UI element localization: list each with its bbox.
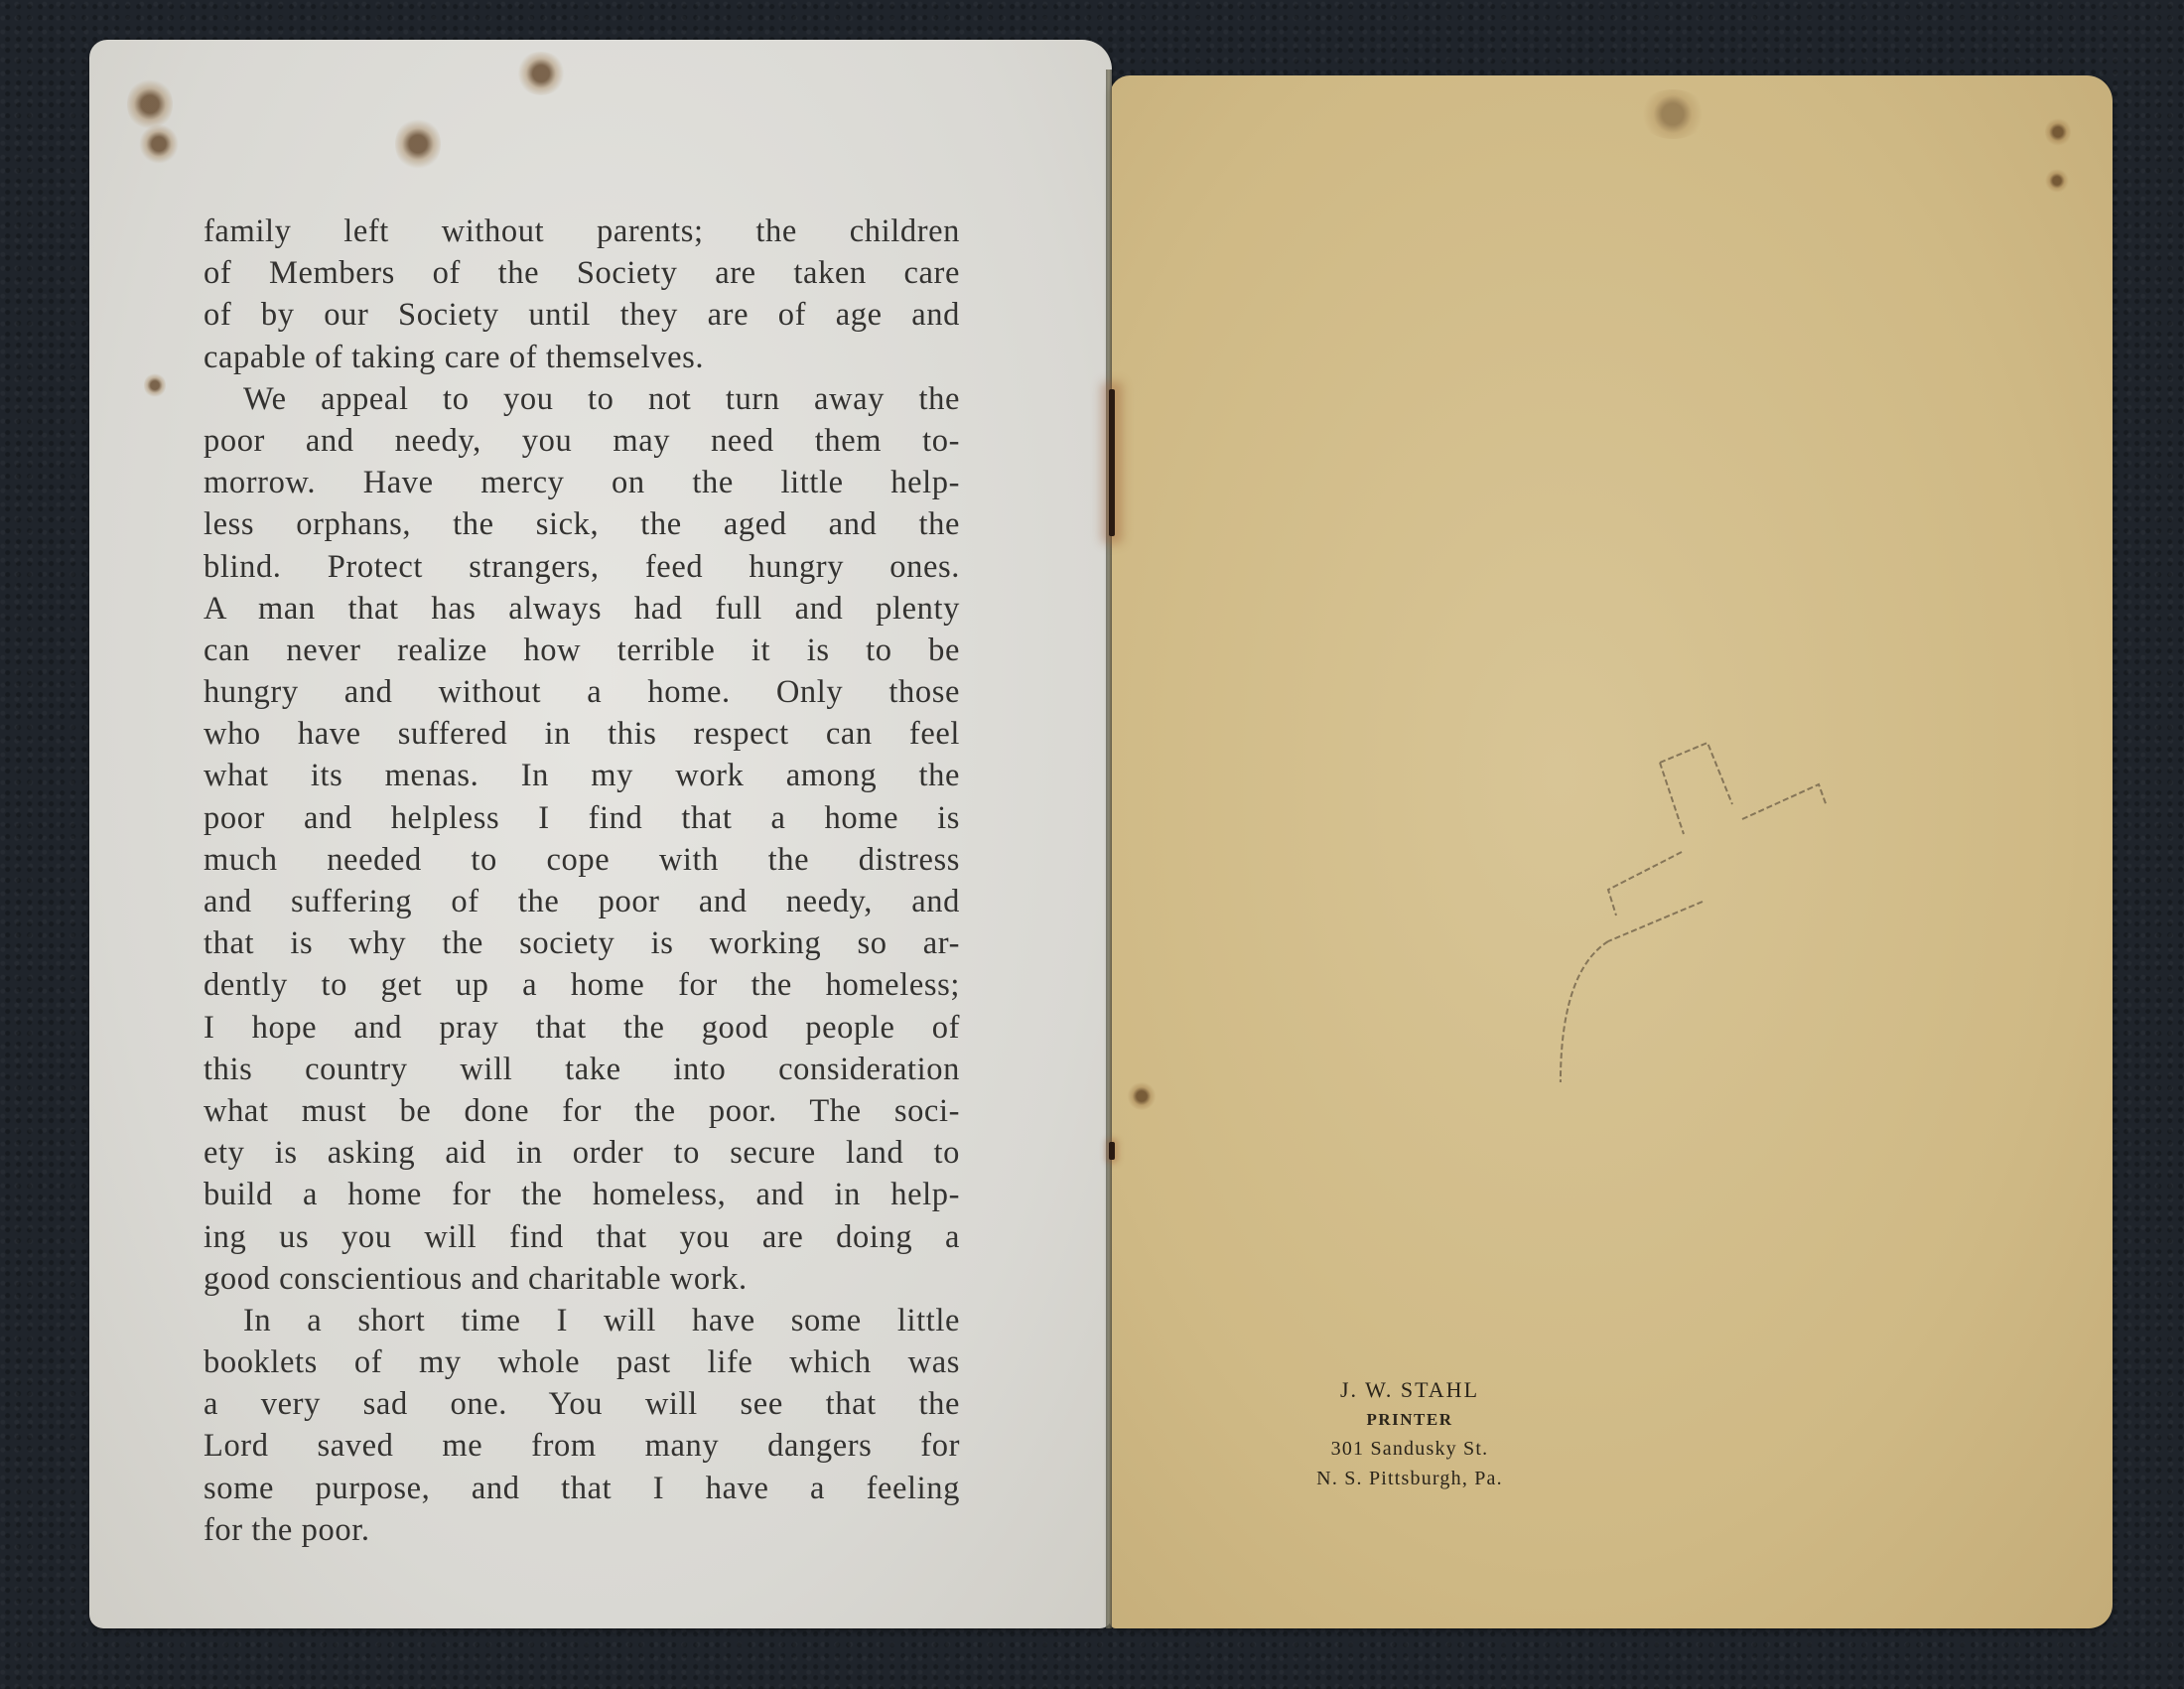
text-line: In a short time I will have some little <box>204 1300 960 1341</box>
text-line: can never realize how terrible it is to … <box>204 630 960 671</box>
printer-city: N. S. Pittsburgh, Pa. <box>1251 1464 1569 1493</box>
text-line: A man that has always had full and plent… <box>204 588 960 630</box>
text-line: blind. Protect strangers, feed hungry on… <box>204 546 960 588</box>
text-line: morrow. Have mercy on the little help- <box>204 462 960 503</box>
text-line: of by our Society until they are of age … <box>204 294 960 336</box>
text-line: Lord saved me from many dangers for <box>204 1425 960 1467</box>
stain <box>516 52 566 95</box>
text-line: good conscientious and charitable work. <box>204 1258 960 1300</box>
text-line: We appeal to you to not turn away the <box>204 378 960 420</box>
stain <box>139 124 179 164</box>
stain <box>395 117 441 171</box>
printer-imprint: J. W. STAHL PRINTER 301 Sandusky St. N. … <box>1251 1374 1569 1493</box>
text-line: much needed to cope with the distress <box>204 839 960 881</box>
text-line: capable of taking care of themselves. <box>204 337 960 378</box>
appeal-text-body: family left without parents; the childre… <box>204 211 960 1551</box>
text-line: dently to get up a home for the homeless… <box>204 964 960 1006</box>
text-line: who have suffered in this respect can fe… <box>204 713 960 755</box>
text-line: ety is asking aid in order to secure lan… <box>204 1132 960 1174</box>
printer-name: J. W. STAHL <box>1251 1374 1569 1406</box>
printer-street: 301 Sandusky St. <box>1251 1434 1569 1464</box>
rusted-staple-bottom <box>1109 1142 1115 1160</box>
stain <box>2045 169 2069 193</box>
stain <box>144 372 166 398</box>
text-line: poor and helpless I find that a home is <box>204 797 960 839</box>
stain <box>2045 117 2071 147</box>
stain <box>127 77 173 131</box>
text-line: that is why the society is working so ar… <box>204 922 960 964</box>
pencil-cross-sketch <box>1519 725 1837 1082</box>
text-line: hungry and without a home. Only those <box>204 671 960 713</box>
text-line: this country will take into consideratio… <box>204 1049 960 1090</box>
text-line: less orphans, the sick, the aged and the <box>204 503 960 545</box>
text-line: and suffering of the poor and needy, and <box>204 881 960 922</box>
rusted-staple-top <box>1109 389 1115 536</box>
text-line: a very sad one. You will see that the <box>204 1383 960 1425</box>
booklet-spine <box>1106 70 1112 1628</box>
text-line: build a home for the homeless, and in he… <box>204 1174 960 1215</box>
text-line: I hope and pray that the good people of <box>204 1007 960 1049</box>
text-line: booklets of my whole past life which was <box>204 1341 960 1383</box>
text-line: what must be done for the poor. The soci… <box>204 1090 960 1132</box>
text-line: what its menas. In my work among the <box>204 755 960 796</box>
stain <box>1127 1082 1157 1110</box>
text-line: some purpose, and that I have a feeling <box>204 1468 960 1509</box>
text-line: of Members of the Society are taken care <box>204 252 960 294</box>
stain <box>1638 89 1707 139</box>
text-line: poor and needy, you may need them to- <box>204 420 960 462</box>
text-line: for the poor. <box>204 1509 960 1551</box>
text-line: ing us you will find that you are doing … <box>204 1216 960 1258</box>
printer-role: PRINTER <box>1251 1406 1569 1434</box>
text-line: family left without parents; the childre… <box>204 211 960 252</box>
